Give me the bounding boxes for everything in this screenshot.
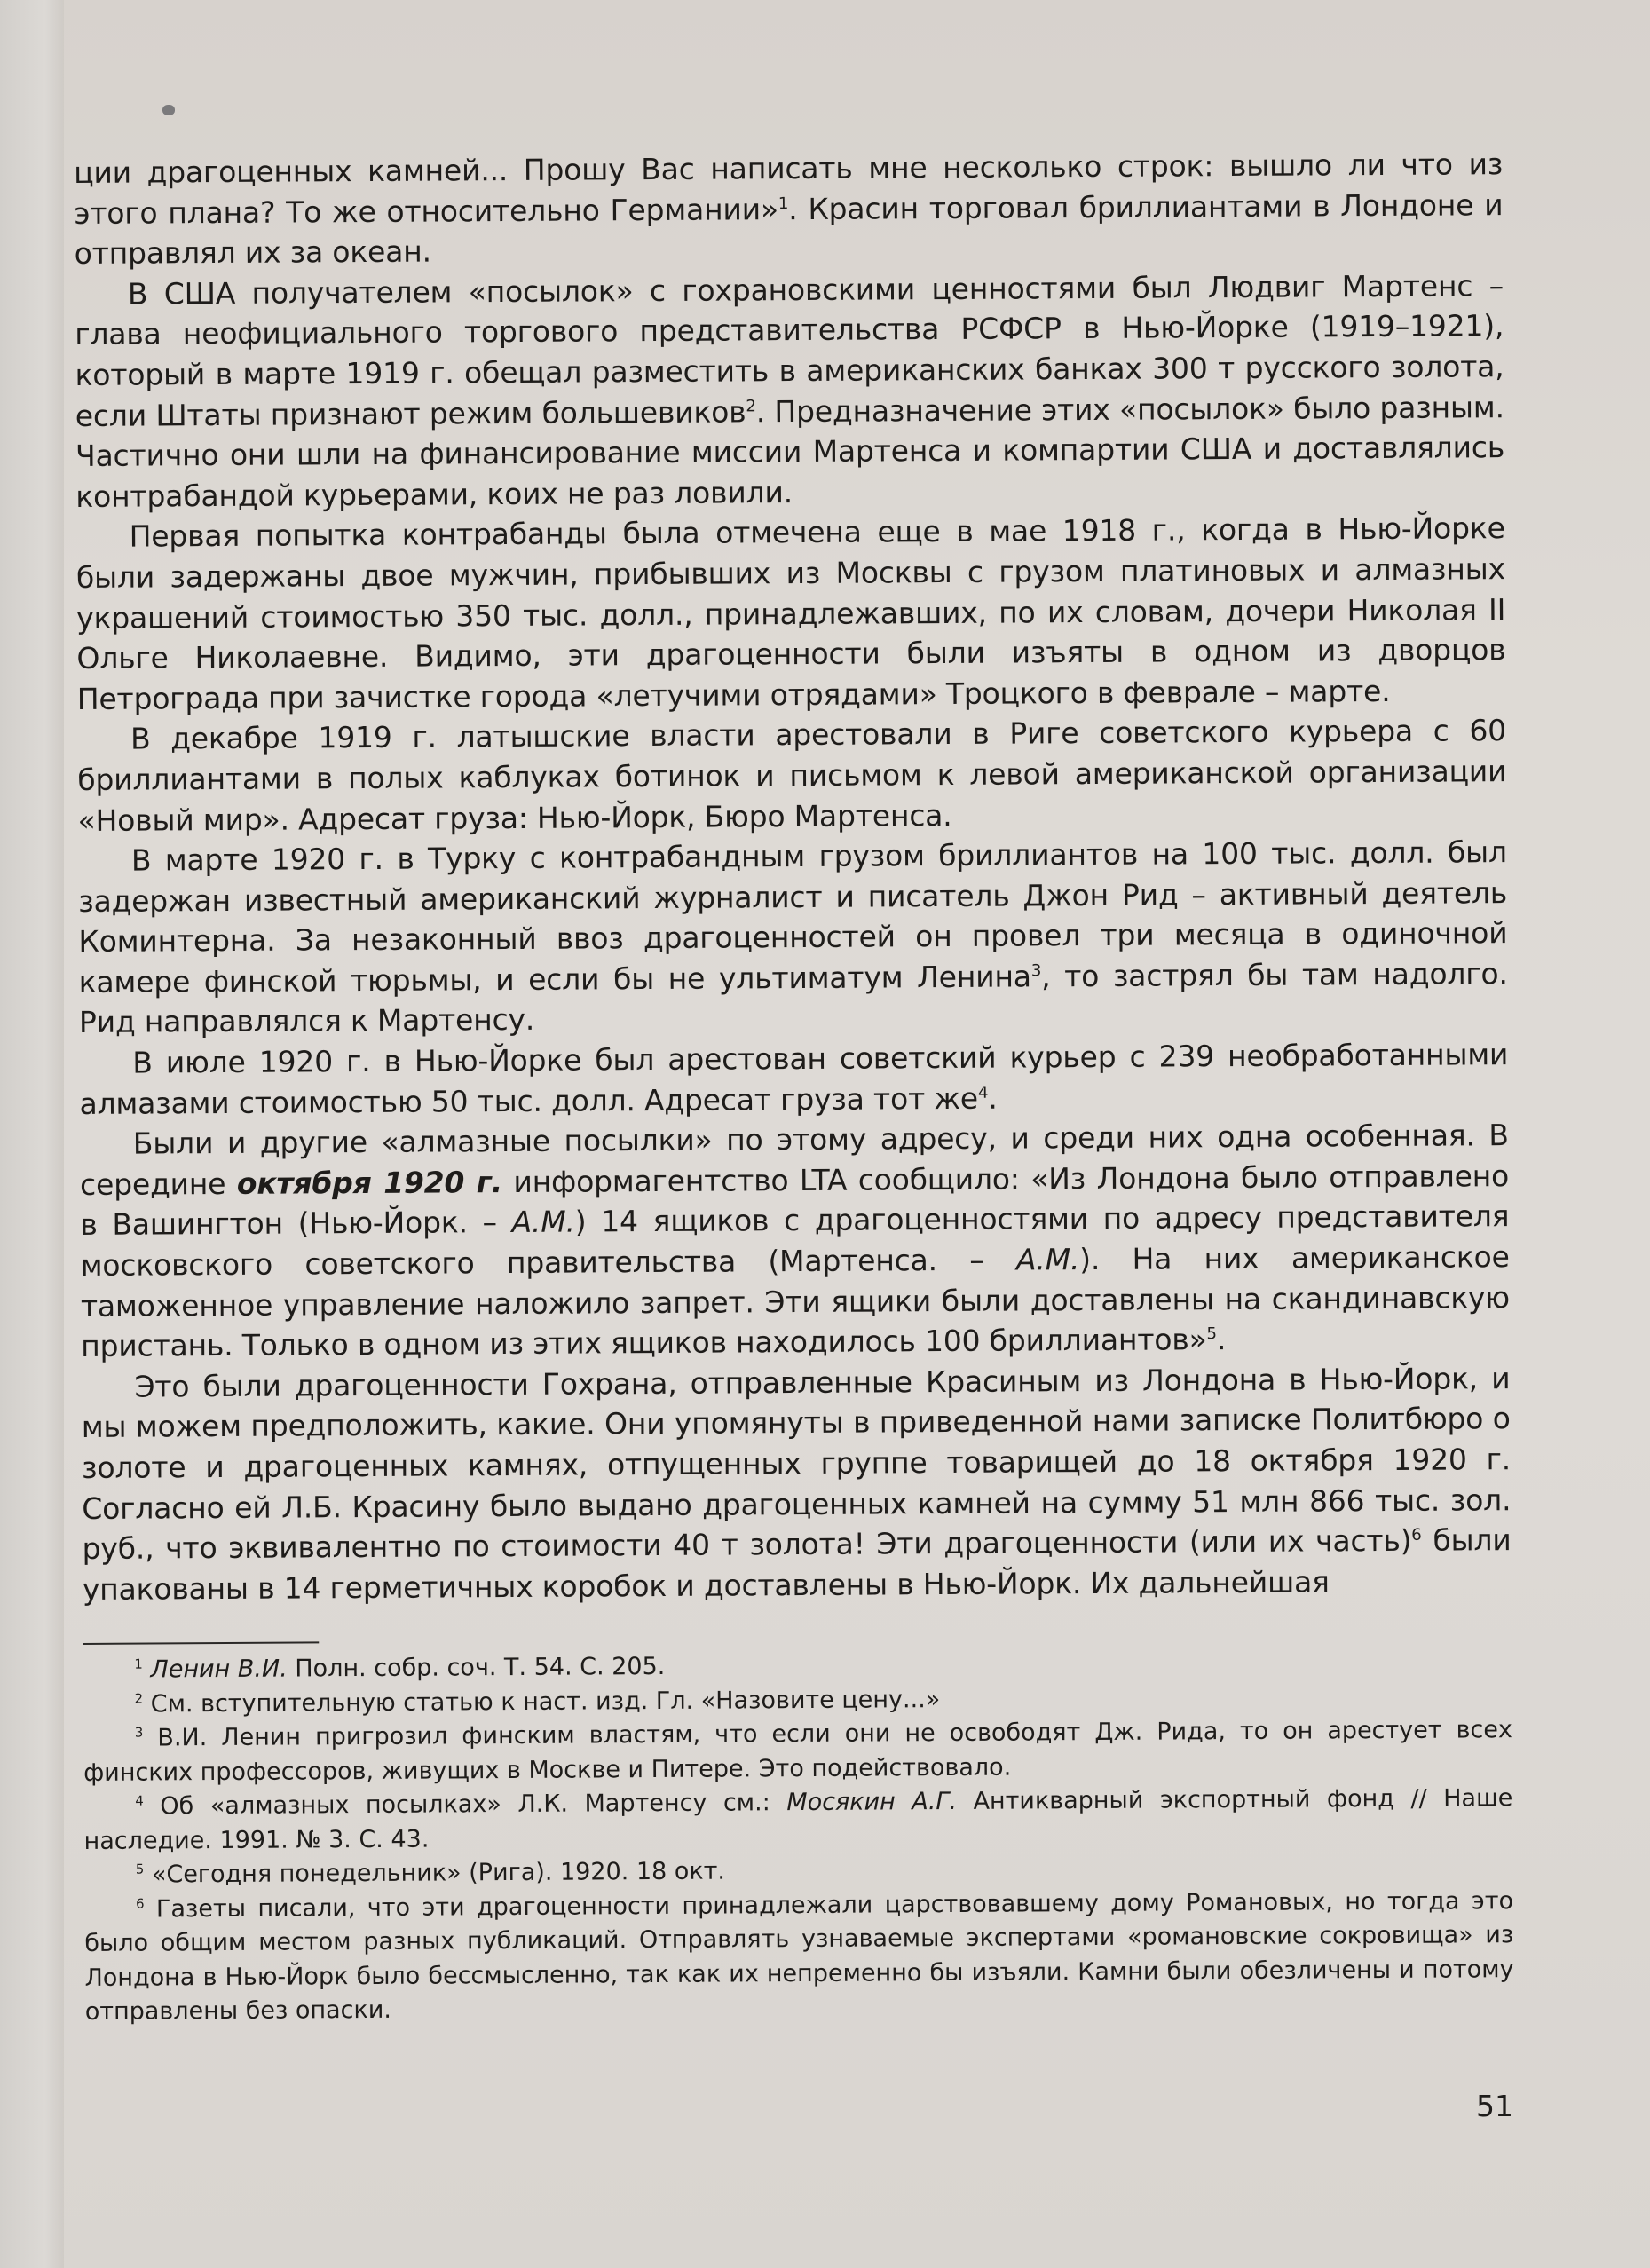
- footnote-divider: [83, 1642, 319, 1646]
- page-number: 51: [1476, 2089, 1513, 2123]
- footnote-text: См. вступительную статью к наст. изд. Гл…: [151, 1686, 941, 1718]
- paragraph: Это были драгоценности Гохрана, отправле…: [81, 1358, 1512, 1609]
- paragraph: ции драгоценных камней... Прошу Вас напи…: [74, 144, 1504, 274]
- footnote-number: 3: [135, 1725, 144, 1741]
- text-run: Это были драгоценности Гохрана, отправле…: [82, 1361, 1512, 1566]
- author-initials: А.М.: [511, 1205, 574, 1239]
- footnote-number: 5: [136, 1861, 145, 1877]
- footnote-text: Полн. собр. соч. Т. 54. С. 205.: [288, 1653, 666, 1683]
- text-run: .: [988, 1080, 998, 1115]
- footnote-number: 1: [134, 1656, 143, 1672]
- footnote-ref[interactable]: 1: [778, 194, 788, 213]
- footnote-6: 6 Газеты писали, что эти драгоценности п…: [84, 1885, 1514, 2030]
- main-text: ции драгоценных камней... Прошу Вас напи…: [74, 144, 1512, 1609]
- author-initials: А.М.: [1016, 1242, 1079, 1276]
- footnote-4: 4 Об «алмазных посылках» Л.К. Мартенсу с…: [83, 1782, 1512, 1860]
- footnotes: 1 Ленин В.И. Полн. собр. соч. Т. 54. С. …: [83, 1646, 1514, 2030]
- footnote-ref[interactable]: 4: [978, 1083, 988, 1102]
- paragraph: Первая попытка контрабанды была отмечена…: [76, 509, 1506, 720]
- footnote-ref[interactable]: 6: [1411, 1526, 1421, 1545]
- footnote-text: Об «алмазных посылках» Л.К. Мартенсу см.…: [160, 1790, 786, 1821]
- footnote-author: Ленин В.И.: [150, 1656, 287, 1684]
- paragraph: В марте 1920 г. в Турку с контрабандным …: [78, 832, 1508, 1043]
- text-run: В декабре 1919 г. латышские власти арест…: [77, 713, 1506, 837]
- paragraph: В декабре 1919 г. латышские власти арест…: [77, 710, 1507, 841]
- emphasis-date: октября 1920 г.: [237, 1165, 502, 1201]
- footnote-text: В.И. Ленин пригрозил финским властям, чт…: [83, 1717, 1512, 1787]
- footnote-author: Мосякин А.Г.: [786, 1788, 957, 1816]
- paper-stain: [162, 105, 175, 115]
- footnote-text: «Сегодня понедельник» (Рига). 1920. 18 о…: [152, 1858, 725, 1889]
- paragraph: В июле 1920 г. в Нью-Йорке был арестован…: [79, 1034, 1509, 1124]
- footnote-ref[interactable]: 3: [1031, 961, 1041, 980]
- footnote-number: 6: [136, 1895, 145, 1911]
- paragraph: В США получателем «посылок» с гохрановск…: [75, 265, 1505, 517]
- footnote-3: 3 В.И. Ленин пригрозил финским властям, …: [83, 1714, 1512, 1791]
- text-run: В июле 1920 г. в Нью-Йорке был арестован…: [79, 1037, 1508, 1120]
- footnote-number: 4: [135, 1793, 144, 1809]
- footnote-text: Газеты писали, что эти драгоценности при…: [84, 1887, 1513, 2026]
- text-run: .: [1217, 1322, 1227, 1356]
- page-content: ции драгоценных камней... Прошу Вас напи…: [74, 144, 1514, 2030]
- book-gutter: [0, 0, 64, 2268]
- footnote-number: 2: [135, 1690, 144, 1706]
- footnote-ref[interactable]: 2: [746, 397, 755, 415]
- paragraph: Были и другие «алмазные посылки» по этом…: [80, 1115, 1511, 1366]
- text-run: Первая попытка контрабанды была отмечена…: [76, 511, 1506, 716]
- footnote-ref[interactable]: 5: [1206, 1324, 1216, 1343]
